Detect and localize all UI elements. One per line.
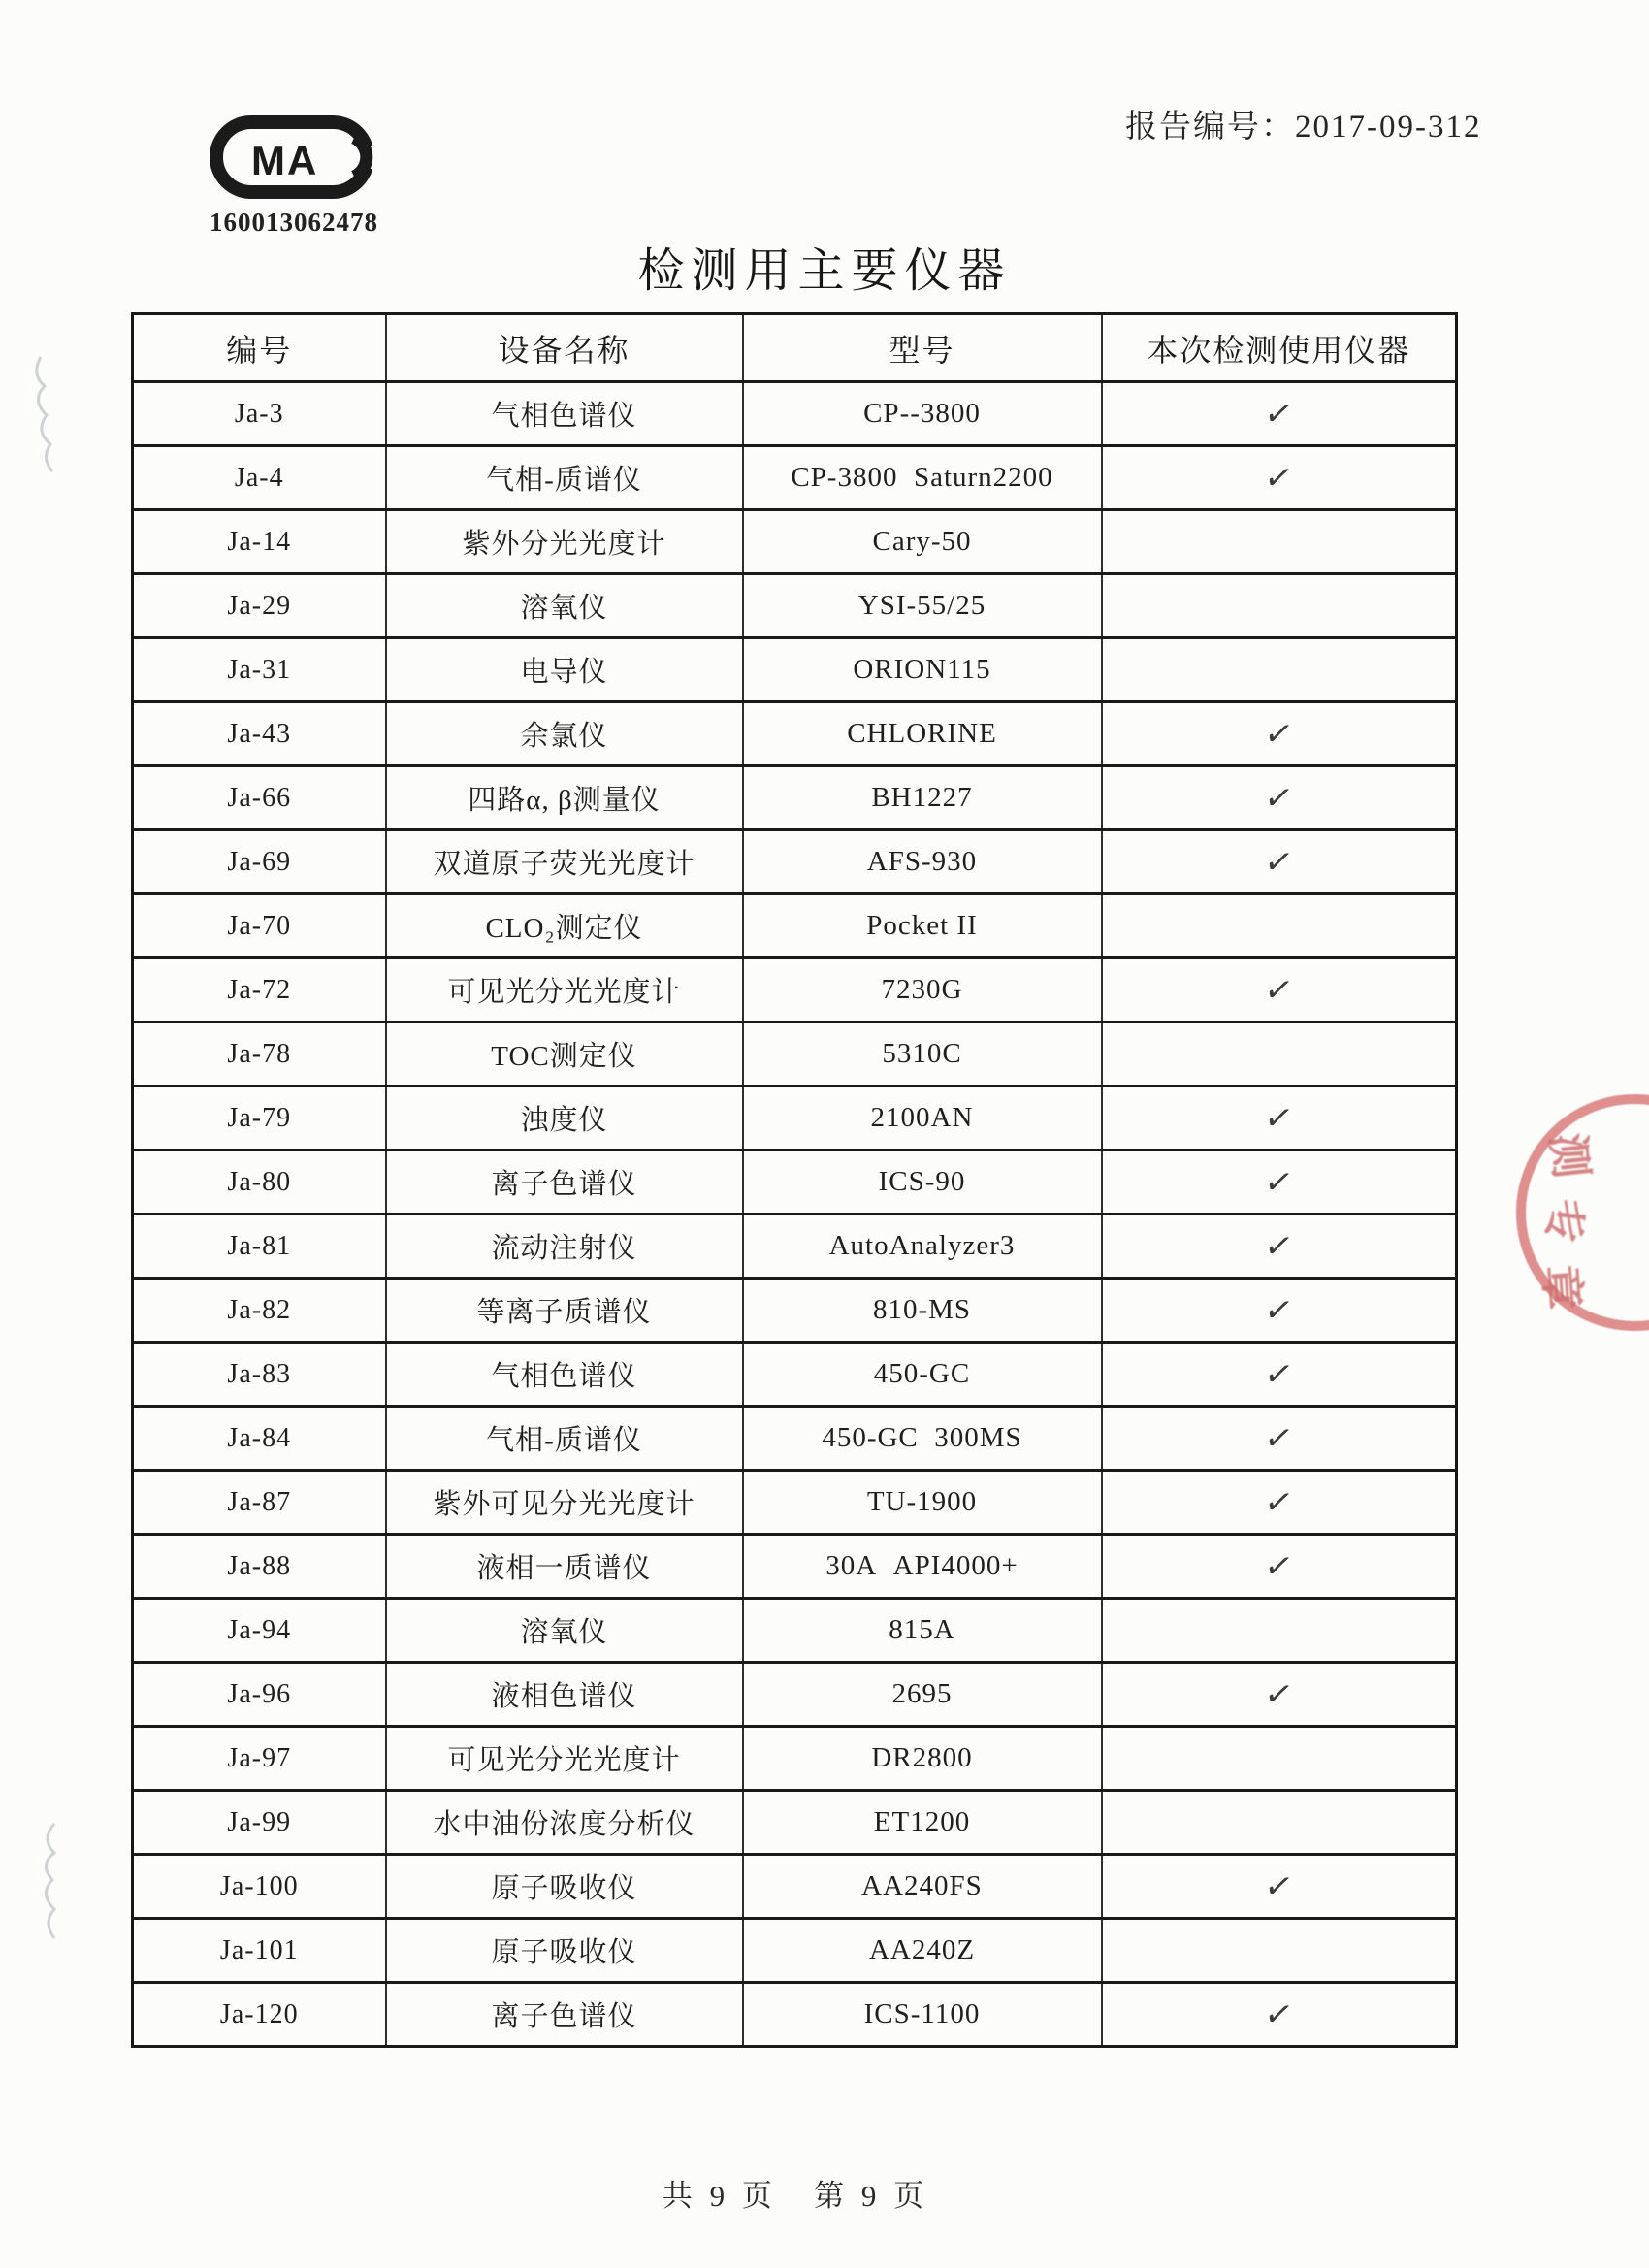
- cell-model: CHLORINE: [743, 702, 1102, 766]
- cell-id: Ja-43: [133, 702, 386, 766]
- table-row: Ja-81 流动注射仪 AutoAnalyzer3 ✓: [133, 1215, 1457, 1279]
- cell-name: 气相-质谱仪: [386, 1407, 743, 1471]
- cell-name: 气相-质谱仪: [386, 446, 743, 510]
- table-row: Ja-83 气相色谱仪 450-GC ✓: [133, 1343, 1457, 1407]
- table-row: Ja-29 溶氧仪 YSI-55/25: [133, 574, 1457, 638]
- cell-used: [1102, 1919, 1457, 1983]
- cell-model: DR2800: [743, 1727, 1102, 1791]
- table-row: Ja-79 浊度仪 2100AN ✓: [133, 1086, 1457, 1150]
- cell-model: AA240Z: [743, 1919, 1102, 1983]
- cell-id: Ja-14: [133, 510, 386, 574]
- table-row: Ja-4 气相-质谱仪 CP-3800 Saturn2200 ✓: [133, 446, 1457, 510]
- cell-used: ✓: [1102, 1150, 1457, 1215]
- check-icon: ✓: [1261, 1482, 1296, 1523]
- check-icon: ✓: [1261, 394, 1296, 435]
- cell-model: ICS-90: [743, 1150, 1102, 1215]
- cell-used: ✓: [1102, 1855, 1457, 1919]
- instruments-table: 编号 设备名称 型号 本次检测使用仪器 Ja-3 气相色谱仪 CP--3800 …: [131, 312, 1458, 2048]
- table-header-row: 编号 设备名称 型号 本次检测使用仪器: [133, 314, 1457, 382]
- table-row: Ja-69 双道原子荧光光度计 AFS-930 ✓: [133, 830, 1457, 894]
- table-row: Ja-84 气相-质谱仪 450-GC 300MS ✓: [133, 1407, 1457, 1471]
- cell-used: [1102, 894, 1457, 958]
- cell-model: Cary-50: [743, 510, 1102, 574]
- cell-name: 等离子质谱仪: [386, 1279, 743, 1343]
- cell-used: [1102, 510, 1457, 574]
- cell-model: 2695: [743, 1663, 1102, 1727]
- table-row: Ja-120 离子色谱仪 ICS-1100 ✓: [133, 1983, 1457, 2047]
- cell-model: ET1200: [743, 1791, 1102, 1855]
- cell-model: 450-GC 300MS: [743, 1407, 1102, 1471]
- cell-name: 双道原子荧光光度计: [386, 830, 743, 894]
- check-icon: ✓: [1261, 1994, 1296, 2035]
- cell-name: 浊度仪: [386, 1086, 743, 1150]
- document-page: MA 160013062478 报告编号：2017-09-312 检测用主要仪器…: [0, 0, 1649, 2268]
- cell-name: 四路α, β测量仪: [386, 766, 743, 830]
- cell-name: 离子色谱仪: [386, 1983, 743, 2047]
- red-stamp-character: 章: [1531, 1263, 1598, 1312]
- cell-model: Pocket II: [743, 894, 1102, 958]
- cma-logo: MA 160013062478: [209, 113, 379, 239]
- cell-used: [1102, 1599, 1457, 1663]
- report-number: 报告编号：2017-09-312: [1125, 101, 1481, 146]
- cell-model: BH1227: [743, 766, 1102, 830]
- column-header-model: 型号: [743, 314, 1102, 382]
- cell-model: AutoAnalyzer3: [743, 1215, 1102, 1279]
- cell-used: ✓: [1102, 382, 1457, 446]
- table-row: Ja-80 离子色谱仪 ICS-90 ✓: [133, 1150, 1457, 1215]
- cell-model: 2100AN: [743, 1086, 1102, 1150]
- table-row: Ja-78 TOC测定仪 5310C: [133, 1022, 1457, 1086]
- table-row: Ja-70 CLO₂测定仪 Pocket II: [133, 894, 1457, 958]
- cell-name: 液相一质谱仪: [386, 1535, 743, 1599]
- cell-used: ✓: [1102, 1535, 1457, 1599]
- cell-name: 气相色谱仪: [386, 382, 743, 446]
- cell-name: 原子吸收仪: [386, 1855, 743, 1919]
- cell-id: Ja-72: [133, 958, 386, 1022]
- table-row: Ja-100 原子吸收仪 AA240FS ✓: [133, 1855, 1457, 1919]
- check-icon: ✓: [1261, 458, 1296, 499]
- cell-used: ✓: [1102, 958, 1457, 1022]
- table-row: Ja-87 紫外可见分光光度计 TU-1900 ✓: [133, 1471, 1457, 1535]
- check-icon: ✓: [1261, 1226, 1296, 1267]
- cell-id: Ja-100: [133, 1855, 386, 1919]
- cell-id: Ja-80: [133, 1150, 386, 1215]
- cell-id: Ja-70: [133, 894, 386, 958]
- check-icon: ✓: [1261, 714, 1296, 755]
- cell-id: Ja-84: [133, 1407, 386, 1471]
- instruments-table-body: Ja-3 气相色谱仪 CP--3800 ✓ Ja-4 气相-质谱仪 CP-380…: [133, 382, 1457, 2047]
- cell-id: Ja-79: [133, 1086, 386, 1150]
- cell-name: 溶氧仪: [386, 574, 743, 638]
- cell-used: ✓: [1102, 1343, 1457, 1407]
- cell-model: AA240FS: [743, 1855, 1102, 1919]
- check-icon: ✓: [1261, 1162, 1296, 1203]
- cell-model: CP-3800 Saturn2200: [743, 446, 1102, 510]
- cell-name: 可见光分光光度计: [386, 1727, 743, 1791]
- check-icon: ✓: [1261, 1866, 1296, 1907]
- table-row: Ja-97 可见光分光光度计 DR2800: [133, 1727, 1457, 1791]
- cell-name: 溶氧仪: [386, 1599, 743, 1663]
- cell-model: 7230G: [743, 958, 1102, 1022]
- cell-used: [1102, 1727, 1457, 1791]
- table-row: Ja-96 液相色谱仪 2695 ✓: [133, 1663, 1457, 1727]
- check-icon: ✓: [1261, 842, 1296, 883]
- cell-name: 电导仪: [386, 638, 743, 702]
- cell-model: ICS-1100: [743, 1983, 1102, 2047]
- cell-used: ✓: [1102, 702, 1457, 766]
- cell-used: ✓: [1102, 446, 1457, 510]
- cell-used: ✓: [1102, 1983, 1457, 2047]
- cell-id: Ja-81: [133, 1215, 386, 1279]
- cell-id: Ja-3: [133, 382, 386, 446]
- table-row: Ja-101 原子吸收仪 AA240Z: [133, 1919, 1457, 1983]
- cma-mark-icon: MA: [209, 113, 379, 206]
- cell-used: ✓: [1102, 1407, 1457, 1471]
- cell-name: 原子吸收仪: [386, 1919, 743, 1983]
- cell-name: 流动注射仪: [386, 1215, 743, 1279]
- cell-name: 余氯仪: [386, 702, 743, 766]
- column-header-name: 设备名称: [386, 314, 743, 382]
- table-row: Ja-66 四路α, β测量仪 BH1227 ✓: [133, 766, 1457, 830]
- cell-model: CP--3800: [743, 382, 1102, 446]
- cell-id: Ja-69: [133, 830, 386, 894]
- check-icon: ✓: [1261, 1098, 1296, 1139]
- table-row: Ja-72 可见光分光光度计 7230G ✓: [133, 958, 1457, 1022]
- cell-model: YSI-55/25: [743, 574, 1102, 638]
- cell-used: [1102, 638, 1457, 702]
- cell-id: Ja-66: [133, 766, 386, 830]
- cell-model: AFS-930: [743, 830, 1102, 894]
- cell-name: 气相色谱仪: [386, 1343, 743, 1407]
- cell-used: [1102, 574, 1457, 638]
- cell-name: 紫外可见分光光度计: [386, 1471, 743, 1535]
- table-row: Ja-82 等离子质谱仪 810-MS ✓: [133, 1279, 1457, 1343]
- table-row: Ja-14 紫外分光光度计 Cary-50: [133, 510, 1457, 574]
- cell-used: [1102, 1791, 1457, 1855]
- page-title: 检测用主要仪器: [0, 233, 1649, 300]
- column-header-id: 编号: [133, 314, 386, 382]
- pencil-mark: [25, 1820, 83, 1946]
- cell-id: Ja-99: [133, 1791, 386, 1855]
- cell-id: Ja-97: [133, 1727, 386, 1791]
- cell-id: Ja-94: [133, 1599, 386, 1663]
- cell-id: Ja-29: [133, 574, 386, 638]
- red-stamp-character: 测: [1538, 1130, 1606, 1182]
- cell-id: Ja-101: [133, 1919, 386, 1983]
- table-row: Ja-94 溶氧仪 815A: [133, 1599, 1457, 1663]
- check-icon: ✓: [1261, 1674, 1296, 1715]
- cell-name: 紫外分光光度计: [386, 510, 743, 574]
- table-row: Ja-88 液相一质谱仪 30A API4000+ ✓: [133, 1535, 1457, 1599]
- cell-used: ✓: [1102, 1663, 1457, 1727]
- cell-used: [1102, 1022, 1457, 1086]
- cell-used: ✓: [1102, 1471, 1457, 1535]
- cell-id: Ja-78: [133, 1022, 386, 1086]
- check-icon: ✓: [1261, 1290, 1296, 1331]
- cell-model: TU-1900: [743, 1471, 1102, 1535]
- cell-used: ✓: [1102, 1086, 1457, 1150]
- cell-model: 810-MS: [743, 1279, 1102, 1343]
- check-icon: ✓: [1261, 1354, 1296, 1395]
- cell-model: 30A API4000+: [743, 1535, 1102, 1599]
- pencil-mark: [21, 351, 70, 477]
- column-header-used: 本次检测使用仪器: [1102, 314, 1457, 382]
- cell-model: 5310C: [743, 1022, 1102, 1086]
- table-row: Ja-31 电导仪 ORION115: [133, 638, 1457, 702]
- cell-used: ✓: [1102, 830, 1457, 894]
- check-icon: ✓: [1261, 1546, 1296, 1587]
- cell-name: 液相色谱仪: [386, 1663, 743, 1727]
- cell-id: Ja-4: [133, 446, 386, 510]
- page-footer: 共 9 页 第 9 页: [0, 2171, 1649, 2215]
- cell-used: ✓: [1102, 1215, 1457, 1279]
- cell-name: CLO₂测定仪: [386, 894, 743, 958]
- cell-id: Ja-82: [133, 1279, 386, 1343]
- cell-id: Ja-88: [133, 1535, 386, 1599]
- cell-id: Ja-83: [133, 1343, 386, 1407]
- cell-model: ORION115: [743, 638, 1102, 702]
- cell-id: Ja-120: [133, 1983, 386, 2047]
- table-row: Ja-99 水中油份浓度分析仪 ET1200: [133, 1791, 1457, 1855]
- cell-id: Ja-31: [133, 638, 386, 702]
- cell-name: 可见光分光光度计: [386, 958, 743, 1022]
- svg-text:MA: MA: [251, 138, 318, 183]
- cell-name: TOC测定仪: [386, 1022, 743, 1086]
- cell-id: Ja-96: [133, 1663, 386, 1727]
- cell-used: ✓: [1102, 1279, 1457, 1343]
- check-icon: ✓: [1261, 778, 1296, 819]
- check-icon: ✓: [1261, 1418, 1296, 1459]
- cell-model: 815A: [743, 1599, 1102, 1663]
- cell-name: 离子色谱仪: [386, 1150, 743, 1215]
- cell-name: 水中油份浓度分析仪: [386, 1791, 743, 1855]
- check-icon: ✓: [1261, 970, 1296, 1011]
- cell-model: 450-GC: [743, 1343, 1102, 1407]
- table-row: Ja-3 气相色谱仪 CP--3800 ✓: [133, 382, 1457, 446]
- table-row: Ja-43 余氯仪 CHLORINE ✓: [133, 702, 1457, 766]
- cell-id: Ja-87: [133, 1471, 386, 1535]
- cell-used: ✓: [1102, 766, 1457, 830]
